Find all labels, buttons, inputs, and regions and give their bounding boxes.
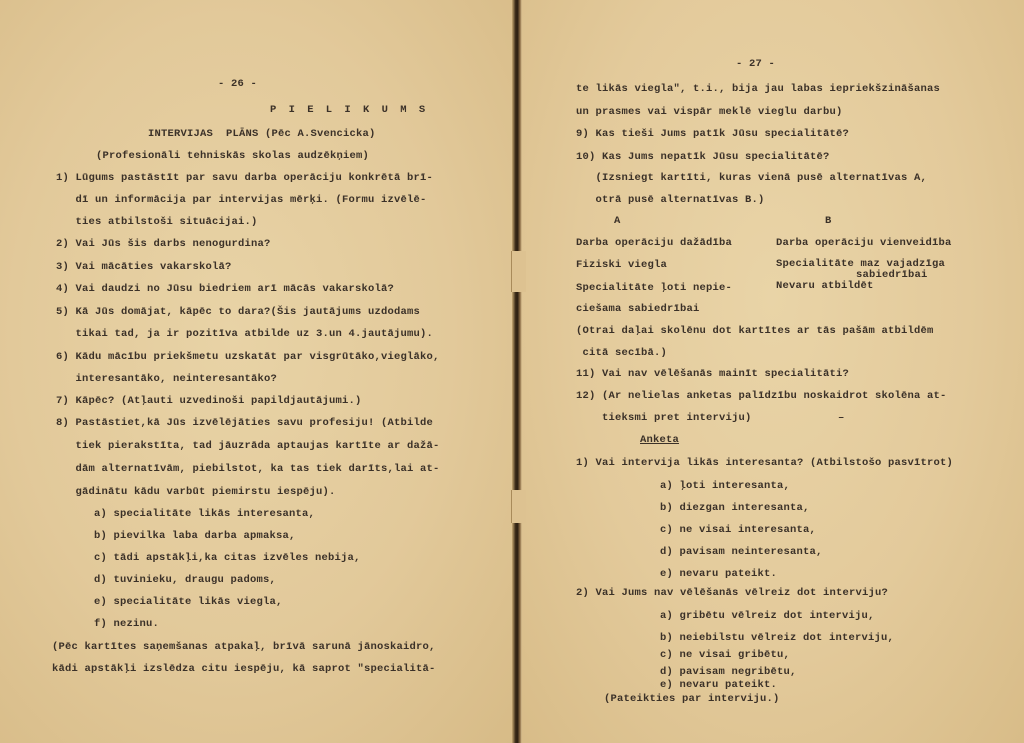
option-item: e) nevaru pateikt. bbox=[660, 679, 777, 691]
text-line: (Otrai daļai skolēnu dot kartītes ar tās… bbox=[576, 325, 934, 337]
table-cell: Specialitāte ļoti nepie- bbox=[576, 282, 732, 294]
text-line: dām alternatīvām, piebilstot, ka tas tie… bbox=[56, 463, 440, 475]
appendix-heading: P I E L I K U M S bbox=[270, 104, 428, 116]
option-item: e) nevaru pateikt. bbox=[660, 568, 777, 580]
thanks-line: (Pateikties par interviju.) bbox=[604, 693, 780, 705]
text-line: te likās viegla", t.i., bija jau labas i… bbox=[576, 83, 940, 95]
right-page: - 27 - te likās viegla", t.i., bija jau … bbox=[520, 0, 1024, 743]
anketa-title: Anketa bbox=[640, 434, 679, 446]
option-item: a) specialitāte likās interesanta, bbox=[94, 508, 315, 520]
text-line: 6) Kādu mācību priekšmetu uzskatāt par v… bbox=[56, 351, 440, 363]
table-cell: Darba operāciju vienveidība bbox=[776, 237, 952, 249]
text-line: 4) Vai daudzi no Jūsu biedriem arī mācās… bbox=[56, 283, 394, 295]
text-line: tieksmi pret interviju) bbox=[576, 412, 752, 424]
text-line: 1) Lūgums pastāstīt par savu darba operā… bbox=[56, 172, 433, 184]
book-spine bbox=[512, 0, 522, 743]
table-cell: ciešama sabiedrībai bbox=[576, 303, 700, 315]
option-item: a) ļoti interesanta, bbox=[660, 480, 790, 492]
option-item: c) ne visai gribētu, bbox=[660, 649, 790, 661]
option-item: b) diezgan interesanta, bbox=[660, 502, 810, 514]
option-item: c) ne visai interesanta, bbox=[660, 524, 816, 536]
text-line: (Izsniegt kartīti, kuras vienā pusē alte… bbox=[576, 172, 927, 184]
option-item: b) neiebilstu vēlreiz dot interviju, bbox=[660, 632, 894, 644]
option-item: d) tuvinieku, draugu padoms, bbox=[94, 574, 276, 586]
option-item: c) tādi apstākļi,ka citas izvēles nebija… bbox=[94, 552, 361, 564]
table-cell: Darba operāciju dažādība bbox=[576, 237, 732, 249]
document-title: INTERVIJAS PLĀNS (Pēc A.Svencicka) bbox=[148, 128, 376, 140]
left-page: - 26 - P I E L I K U M S INTERVIJAS PLĀN… bbox=[0, 0, 514, 743]
text-line: 7) Kāpēc? (Atļauti uzvedinoši papildjaut… bbox=[56, 395, 362, 407]
text-line: gādinātu kādu varbūt piemirstu iespēju). bbox=[56, 486, 336, 498]
option-item: d) pavisam negribētu, bbox=[660, 666, 797, 678]
text-line: 2) Vai Jūs šis darbs nenogurdina? bbox=[56, 238, 271, 250]
closing-line: (Pēc kartītes saņemšanas atpakaļ, brīvā … bbox=[52, 641, 436, 653]
option-item: d) pavisam neinteresanta, bbox=[660, 546, 823, 558]
text-line: tikai tad, ja ir pozitīva atbilde uz 3.u… bbox=[56, 328, 433, 340]
text-line: 8) Pastāstiet,kā Jūs izvēlējāties savu p… bbox=[56, 417, 433, 429]
option-item: b) pievilka laba darba apmaksa, bbox=[94, 530, 296, 542]
text-line: 5) Kā Jūs domājat, kāpēc to dara?(Šis ja… bbox=[56, 306, 420, 318]
question-1: 1) Vai intervija likās interesanta? (Atb… bbox=[576, 457, 953, 469]
document-subtitle: (Profesionāli tehniskās skolas audzēkņie… bbox=[96, 150, 369, 162]
column-a-header: A bbox=[614, 215, 621, 227]
table-cell: Nevaru atbildēt bbox=[776, 280, 874, 292]
text-line: 3) Vai mācāties vakarskolā? bbox=[56, 261, 232, 273]
text-line: citā secībā.) bbox=[576, 347, 667, 359]
text-line: otrā pusē alternatīvas B.) bbox=[576, 194, 765, 206]
text-line: 10) Kas Jums nepatīk Jūsu specialitātē? bbox=[576, 151, 830, 163]
option-item: e) specialitāte likās viegla, bbox=[94, 596, 283, 608]
text-line: interesantāko, neinteresantāko? bbox=[56, 373, 277, 385]
text-line: 11) Vai nav vēlēšanās mainīt specialitāt… bbox=[576, 368, 849, 380]
binding-fold bbox=[511, 490, 526, 523]
binding-fold bbox=[511, 251, 526, 292]
table-cell: Fiziski viegla bbox=[576, 259, 667, 271]
text-line: dī un informācija par intervijas mērķi. … bbox=[56, 194, 427, 206]
option-item: f) nezinu. bbox=[94, 618, 159, 630]
text-line: tiek pierakstīta, tad jāuzrāda aptaujas … bbox=[56, 440, 440, 452]
text-line: ties atbilstoši situācijai.) bbox=[56, 216, 258, 228]
option-item: a) gribētu vēlreiz dot interviju, bbox=[660, 610, 875, 622]
column-b-header: B bbox=[825, 215, 832, 227]
closing-line: kādi apstākļi izslēdza citu iespēju, kā … bbox=[52, 663, 436, 675]
text-line: 9) Kas tieši Jums patīk Jūsu specialitāt… bbox=[576, 128, 849, 140]
text-line: 12) (Ar nelielas anketas palīdzību noska… bbox=[576, 390, 947, 402]
dash-mark: – bbox=[838, 412, 845, 424]
page-number: - 27 - bbox=[736, 58, 775, 70]
page-number: - 26 - bbox=[218, 78, 257, 90]
question-2: 2) Vai Jums nav vēlēšanās vēlreiz dot in… bbox=[576, 587, 888, 599]
text-line: un prasmes vai vispār meklē vieglu darbu… bbox=[576, 106, 843, 118]
